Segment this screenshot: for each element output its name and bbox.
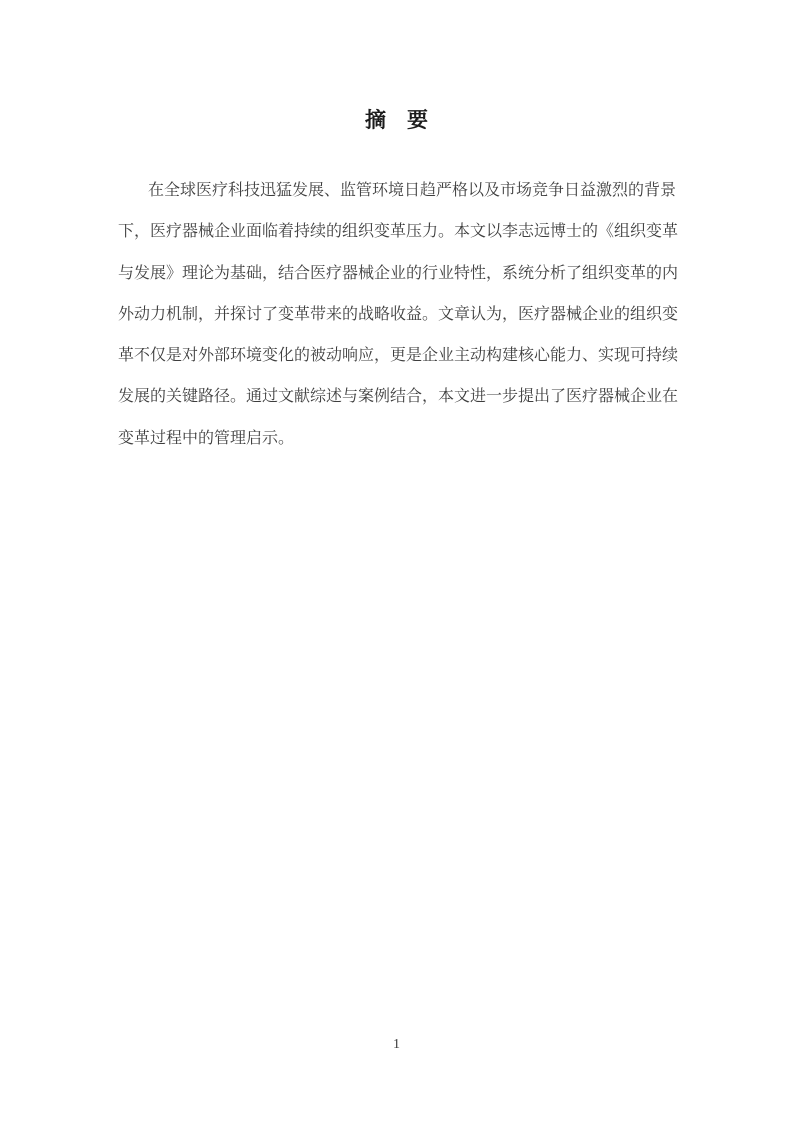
abstract-line: 下，医疗器械企业面临着持续的组织变革压力。本文以李志远博士的《组织变革: [118, 211, 680, 252]
abstract-line: 在全球医疗科技迅猛发展、监管环境日趋严格以及市场竞争日益激烈的背景: [118, 170, 680, 211]
abstract-line: 发展的关键路径。通过文献综述与案例结合，本文进一步提出了医疗器械企业在: [118, 376, 680, 417]
abstract-line: 外动力机制，并探讨了变革带来的战略收益。文章认为，医疗器械企业的组织变: [118, 294, 680, 335]
abstract-title: 摘 要: [0, 106, 793, 136]
abstract-line: 革不仅是对外部环境变化的被动响应，更是企业主动构建核心能力、实现可持续: [118, 335, 680, 376]
abstract-line: 变革过程中的管理启示。: [118, 418, 680, 459]
abstract-line: 与发展》理论为基础，结合医疗器械企业的行业特性，系统分析了组织变革的内: [118, 253, 680, 294]
page-number: 1: [393, 1037, 400, 1052]
abstract-paragraph: 在全球医疗科技迅猛发展、监管环境日趋严格以及市场竞争日益激烈的背景 下，医疗器械…: [118, 170, 680, 459]
document-page: 摘 要 在全球医疗科技迅猛发展、监管环境日趋严格以及市场竞争日益激烈的背景 下，…: [0, 0, 793, 1122]
page-number-footer: 1: [0, 1035, 793, 1055]
